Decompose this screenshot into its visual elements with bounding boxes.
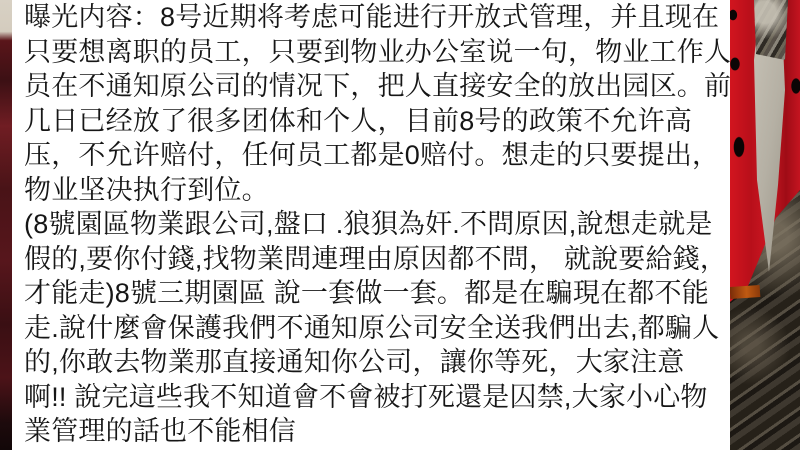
post-text-block: 曝光内容：8号近期将考虑可能进行开放式管理，并且现在 只要想离职的员工，只要到物… [24,0,732,449]
banner-knife-photo [730,0,800,450]
text-line: 压，不允许赔付，任何员工都是0赔付。想走的只要提出， [24,138,732,173]
screenshot-canvas: 曝光内容：8号近期将考虑可能进行开放式管理，并且现在 只要想离职的员工，只要到物… [0,0,800,450]
left-photo-edge [0,0,12,450]
text-line: 曝光内容：8号近期将考虑可能进行开放式管理，并且现在 [24,0,732,35]
text-line: 才能走)8號三期園區 說一套做一套。都是在騙現在都不能 [24,276,732,311]
text-line: 業管理的話也不能相信 [24,414,732,449]
text-line: 员在不通知原公司的情况下，把人直接安全的放出园区。前 [24,69,732,104]
orange-stick [730,285,760,299]
text-line: (8號園區物業跟公司,盤口 .狼狽為奸.不問原因,說想走就是 [24,207,732,242]
text-line: 只要想离职的员工，只要到物业办公室说一句，物业工作人 [24,35,732,70]
text-line: 的,你敢去物業那直接通知你公司，讓你等死，大家注意 [24,345,732,380]
text-line: 几日已经放了很多团体和个人，目前8号的政策不允许高 [24,104,732,139]
text-line: 物业坚决执行到位。 [24,173,732,208]
text-line: 假的,要你付錢,找物業問連理由原因都不問， 就說要給錢， [24,242,732,277]
text-line: 啊!! 說完這些我不知道會不會被打死還是囚禁,大家小心物 [24,380,732,415]
text-line: 走.說什麼會保護我們不通知原公司安全送我們出去,都騙人 [24,311,732,346]
